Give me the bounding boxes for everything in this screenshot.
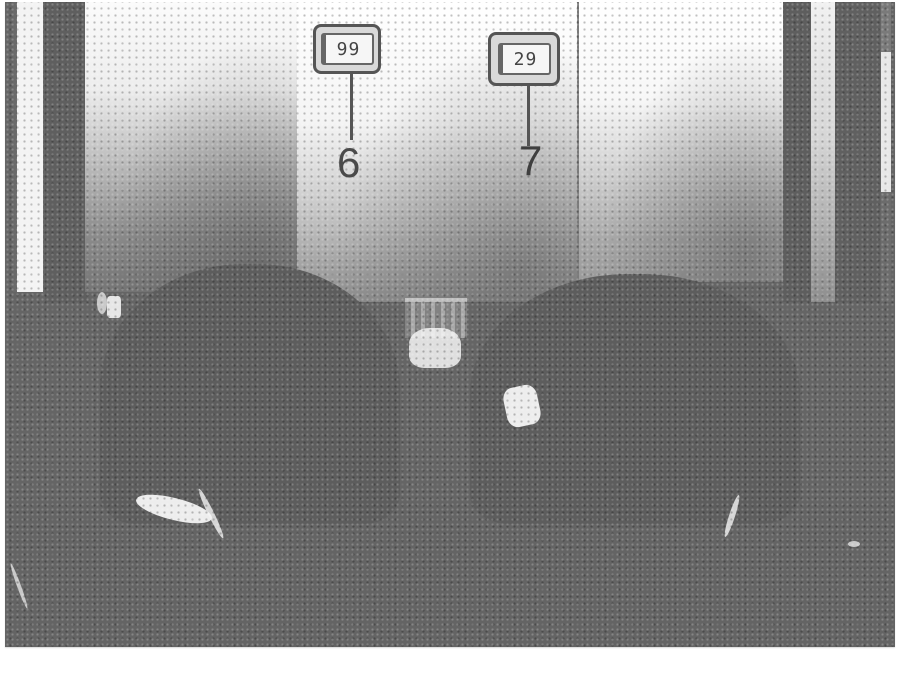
right-edge-strip — [881, 2, 891, 302]
callout-leader-line — [350, 72, 353, 140]
wall-panel-left — [85, 2, 297, 292]
left-column-light — [13, 2, 43, 292]
right-column-dark-2 — [835, 2, 880, 302]
reflection — [848, 541, 860, 547]
sign-value: 29 — [498, 43, 551, 75]
right-column-dark — [783, 2, 813, 302]
wall-panel-right — [577, 2, 787, 282]
seat-left — [100, 264, 400, 524]
wall-sign-6: 99 — [313, 24, 381, 74]
reflection — [97, 292, 107, 314]
center-highlight — [409, 328, 461, 368]
callout-label-6: 6 — [337, 142, 360, 184]
wall-sign-7: 29 — [488, 32, 560, 86]
callout-label-7: 7 — [519, 140, 542, 182]
left-column-dark — [45, 2, 87, 302]
photograph: 99 29 6 7 — [5, 2, 895, 647]
sign-value: 99 — [321, 33, 374, 65]
reflection — [107, 296, 121, 318]
right-column-light — [811, 2, 835, 302]
